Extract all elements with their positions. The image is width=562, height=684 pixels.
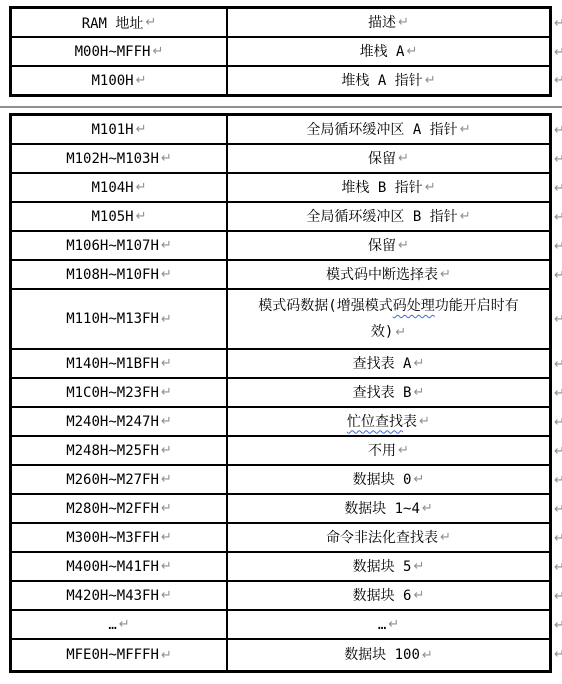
- description-text: 保留: [368, 233, 396, 259]
- table-row: M300H~M3FFH↵命令非法化查找表↵: [12, 524, 549, 553]
- address-text: M105H: [91, 209, 133, 225]
- address-text: M110H~M13FH: [66, 311, 159, 327]
- table-row: RAM 地址↵描述↵: [12, 9, 549, 38]
- paragraph-mark-icon: ↵: [398, 16, 409, 29]
- paragraph-mark-icon: ↵: [161, 649, 172, 662]
- address-cell[interactable]: M260H~M27FH↵: [12, 466, 228, 493]
- description-text: 数据块 0: [353, 467, 412, 493]
- row-end-mark-icon: ↵: [554, 416, 562, 429]
- address-text: M101H: [91, 122, 133, 138]
- paragraph-mark-icon: ↵: [413, 473, 424, 486]
- address-cell[interactable]: M104H↵: [12, 174, 228, 201]
- table-row: …↵…↵: [12, 611, 549, 640]
- row-end-mark-icon: ↵: [554, 269, 562, 282]
- description-cell[interactable]: 模式码数据(增强模式码处理功能开启时有效)↵: [228, 290, 549, 348]
- row-end-mark-icon: ↵: [554, 211, 562, 224]
- paragraph-mark-icon: ↵: [398, 239, 409, 252]
- paragraph-mark-icon: ↵: [161, 589, 172, 602]
- description-cell[interactable]: …↵: [228, 611, 549, 638]
- paragraph-mark-icon: ↵: [136, 74, 147, 87]
- row-end-mark-icon: ↵: [554, 240, 562, 253]
- paragraph-mark-icon: ↵: [161, 357, 172, 370]
- paragraph-mark-icon: ↵: [136, 181, 147, 194]
- address-text: M102H~M103H: [66, 151, 159, 167]
- description-line: 模式码中断选择表↵: [326, 262, 451, 288]
- address-cell[interactable]: M101H↵: [12, 116, 228, 143]
- description-line: 描述↵: [368, 10, 409, 36]
- address-cell[interactable]: M400H~M41FH↵: [12, 553, 228, 580]
- address-text: M420H~M43FH: [66, 588, 159, 604]
- address-text: MFE0H~MFFFH: [66, 647, 159, 663]
- row-end-mark-icon: ↵: [554, 313, 562, 326]
- description-cell[interactable]: 模式码中断选择表↵: [228, 261, 549, 288]
- table-row: M420H~M43FH↵数据块 6↵: [12, 582, 549, 611]
- table-row: M105H↵全局循环缓冲区 B 指针↵: [12, 203, 549, 232]
- description-cell[interactable]: 堆栈 A 指针↵: [228, 67, 549, 94]
- description-text-spellcheck: 忙位查找: [347, 409, 403, 435]
- address-text: M240H~M247H: [66, 414, 159, 430]
- description-line: 命令非法化查找表↵: [326, 525, 451, 551]
- description-text: 数据块 1~4: [344, 496, 420, 522]
- address-cell[interactable]: M248H~M25FH↵: [12, 437, 228, 464]
- address-cell[interactable]: M108H~M10FH↵: [12, 261, 228, 288]
- paragraph-mark-icon: ↵: [119, 618, 130, 631]
- description-text: 全局循环缓冲区 A 指针: [306, 117, 457, 143]
- paragraph-mark-icon: ↵: [161, 502, 172, 515]
- description-line: 数据块 1~4↵: [344, 496, 433, 522]
- paragraph-mark-icon: ↵: [161, 444, 172, 457]
- row-end-mark-icon: ↵: [554, 532, 562, 545]
- row-end-mark-icon: ↵: [554, 74, 562, 87]
- table-row: M240H~M247H↵忙位查找表↵: [12, 408, 549, 437]
- address-text: M248H~M25FH: [66, 443, 159, 459]
- address-text: M00H~MFFH: [75, 44, 151, 60]
- paragraph-mark-icon: ↵: [440, 531, 451, 544]
- paragraph-mark-icon: ↵: [398, 444, 409, 457]
- description-line: 模式码数据(增强模式码处理功能开启时有: [258, 293, 518, 319]
- paragraph-mark-icon: ↵: [161, 239, 172, 252]
- address-cell[interactable]: M110H~M13FH↵: [12, 290, 228, 348]
- ram-map-table-page2: M101H↵全局循环缓冲区 A 指针↵M102H~M103H↵保留↵M104H↵…: [9, 113, 552, 673]
- address-cell[interactable]: …↵: [12, 611, 228, 638]
- description-text: 功能开启时有: [435, 293, 519, 319]
- paragraph-mark-icon: ↵: [161, 386, 172, 399]
- address-cell[interactable]: M106H~M107H↵: [12, 232, 228, 259]
- description-text-spellcheck: 码处理: [393, 293, 435, 319]
- row-end-mark-icon: ↵: [554, 590, 562, 603]
- description-text: 堆栈 A: [360, 39, 405, 65]
- table-row: M104H↵堆栈 B 指针↵: [12, 174, 549, 203]
- table-row: M140H~M1BFH↵查找表 A↵: [12, 350, 549, 379]
- paragraph-mark-icon: ↵: [161, 531, 172, 544]
- address-cell[interactable]: M240H~M247H↵: [12, 408, 228, 435]
- table-row: M108H~M10FH↵模式码中断选择表↵: [12, 261, 549, 290]
- paragraph-mark-icon: ↵: [136, 210, 147, 223]
- description-cell[interactable]: 不用↵: [228, 437, 549, 464]
- description-text: 数据块 5: [353, 554, 412, 580]
- description-line: 数据块 100↵: [344, 642, 433, 668]
- address-cell[interactable]: M00H~MFFH↵: [12, 38, 228, 65]
- paragraph-mark-icon: ↵: [161, 560, 172, 573]
- paragraph-mark-icon: ↵: [388, 618, 399, 631]
- address-cell[interactable]: M102H~M103H↵: [12, 145, 228, 172]
- table-row: MFE0H~MFFFH↵数据块 100↵: [12, 640, 549, 670]
- paragraph-mark-icon: ↵: [161, 268, 172, 281]
- description-text: 保留: [368, 146, 396, 172]
- row-end-mark-icon: ↵: [554, 445, 562, 458]
- address-cell[interactable]: M140H~M1BFH↵: [12, 350, 228, 377]
- description-text: 表: [403, 409, 417, 435]
- table-row: M106H~M107H↵保留↵: [12, 232, 549, 261]
- description-cell[interactable]: 堆栈 B 指针↵: [228, 174, 549, 201]
- address-text: M400H~M41FH: [66, 559, 159, 575]
- description-text: 全局循环缓冲区 B 指针: [306, 204, 457, 230]
- address-cell[interactable]: M300H~M3FFH↵: [12, 524, 228, 551]
- description-line: 全局循环缓冲区 A 指针↵: [306, 117, 470, 143]
- address-cell[interactable]: MFE0H~MFFFH↵: [12, 640, 228, 670]
- description-cell[interactable]: 命令非法化查找表↵: [228, 524, 549, 551]
- description-line: 查找表 A↵: [353, 351, 425, 377]
- paragraph-mark-icon: ↵: [422, 502, 433, 515]
- row-end-mark-icon: ↵: [554, 358, 562, 371]
- description-text: 描述: [368, 10, 396, 36]
- address-text: RAM 地址: [82, 13, 144, 33]
- description-cell[interactable]: 数据块 1~4↵: [228, 495, 549, 522]
- paragraph-mark-icon: ↵: [152, 45, 163, 58]
- table-row: M260H~M27FH↵数据块 0↵: [12, 466, 549, 495]
- description-text: 模式码中断选择表: [326, 262, 438, 288]
- address-cell[interactable]: RAM 地址↵: [12, 9, 228, 36]
- paragraph-mark-icon: ↵: [161, 415, 172, 428]
- description-text: 数据块 100: [344, 642, 420, 668]
- address-text: M104H: [91, 180, 133, 196]
- description-line: 保留↵: [368, 146, 409, 172]
- description-cell[interactable]: 查找表 A↵: [228, 350, 549, 377]
- description-text: 不用: [368, 438, 396, 464]
- description-text: …: [378, 612, 386, 638]
- address-text: M106H~M107H: [66, 238, 159, 254]
- row-end-mark-icon: ↵: [554, 153, 562, 166]
- paragraph-mark-icon: ↵: [161, 313, 172, 326]
- description-cell[interactable]: 全局循环缓冲区 A 指针↵: [228, 116, 549, 143]
- description-cell[interactable]: 忙位查找表↵: [228, 408, 549, 435]
- paragraph-mark-icon: ↵: [413, 357, 424, 370]
- paragraph-mark-icon: ↵: [161, 473, 172, 486]
- description-cell[interactable]: 保留↵: [228, 145, 549, 172]
- description-cell[interactable]: 全局循环缓冲区 B 指针↵: [228, 203, 549, 230]
- address-text: M260H~M27FH: [66, 472, 159, 488]
- description-line: 堆栈 A↵: [360, 39, 418, 65]
- description-line: 全局循环缓冲区 B 指针↵: [306, 204, 470, 230]
- document-page: RAM 地址↵描述↵M00H~MFFH↵堆栈 A↵M100H↵堆栈 A 指针↵ …: [0, 0, 562, 684]
- address-text: M108H~M10FH: [66, 267, 159, 283]
- paragraph-mark-icon: ↵: [413, 589, 424, 602]
- description-line: 数据块 0↵: [353, 467, 425, 493]
- table-row: M101H↵全局循环缓冲区 A 指针↵: [12, 116, 549, 145]
- description-cell[interactable]: 数据块 100↵: [228, 640, 549, 670]
- description-line: 保留↵: [368, 233, 409, 259]
- table-row: M00H~MFFH↵堆栈 A↵: [12, 38, 549, 67]
- paragraph-mark-icon: ↵: [419, 415, 430, 428]
- paragraph-mark-icon: ↵: [413, 560, 424, 573]
- row-end-mark-icon: ↵: [554, 561, 562, 574]
- table-row: M400H~M41FH↵数据块 5↵: [12, 553, 549, 582]
- description-line: 不用↵: [368, 438, 409, 464]
- row-end-mark-icon: ↵: [554, 17, 562, 30]
- address-text: …: [108, 617, 116, 633]
- description-text: 数据块 6: [353, 583, 412, 609]
- address-cell[interactable]: M1C0H~M23FH↵: [12, 379, 228, 406]
- row-end-mark-icon: ↵: [554, 387, 562, 400]
- description-cell[interactable]: 查找表 B↵: [228, 379, 549, 406]
- table-row: M1C0H~M23FH↵查找表 B↵: [12, 379, 549, 408]
- paragraph-mark-icon: ↵: [161, 152, 172, 165]
- description-line: …↵: [378, 612, 399, 638]
- description-line: 查找表 B↵: [353, 380, 425, 406]
- page-boundary-line: [0, 106, 562, 108]
- description-cell[interactable]: 数据块 6↵: [228, 582, 549, 609]
- paragraph-mark-icon: ↵: [425, 74, 436, 87]
- description-text: 模式码数据(增强模式: [258, 293, 392, 319]
- description-line: 堆栈 B 指针↵: [341, 175, 435, 201]
- table-row: M280H~M2FFH↵数据块 1~4↵: [12, 495, 549, 524]
- paragraph-mark-icon: ↵: [406, 45, 417, 58]
- paragraph-mark-icon: ↵: [395, 326, 406, 339]
- description-text: 命令非法化查找表: [326, 525, 438, 551]
- table-row: M248H~M25FH↵不用↵: [12, 437, 549, 466]
- description-cell[interactable]: 数据块 0↵: [228, 466, 549, 493]
- paragraph-mark-icon: ↵: [460, 210, 471, 223]
- address-cell[interactable]: M100H↵: [12, 67, 228, 94]
- paragraph-mark-icon: ↵: [425, 181, 436, 194]
- description-line: 数据块 6↵: [353, 583, 425, 609]
- description-text: 查找表 A: [353, 351, 412, 377]
- description-text: 效): [371, 319, 393, 345]
- row-end-mark-icon: ↵: [554, 46, 562, 59]
- description-text: 堆栈 B 指针: [341, 175, 422, 201]
- row-end-mark-icon: ↵: [554, 648, 562, 661]
- paragraph-mark-icon: ↵: [145, 16, 156, 29]
- table-row: M102H~M103H↵保留↵: [12, 145, 549, 174]
- description-cell[interactable]: 数据块 5↵: [228, 553, 549, 580]
- row-end-mark-icon: ↵: [554, 124, 562, 137]
- description-cell[interactable]: 堆栈 A↵: [228, 38, 549, 65]
- description-text: 堆栈 A 指针: [341, 68, 422, 94]
- address-text: M100H: [91, 73, 133, 89]
- description-cell[interactable]: 描述↵: [228, 9, 549, 36]
- description-line: 堆栈 A 指针↵: [341, 68, 435, 94]
- description-line: 效)↵: [371, 319, 406, 345]
- paragraph-mark-icon: ↵: [136, 123, 147, 136]
- address-text: M280H~M2FFH: [66, 501, 159, 517]
- paragraph-mark-icon: ↵: [413, 386, 424, 399]
- paragraph-mark-icon: ↵: [460, 123, 471, 136]
- description-text: 查找表 B: [353, 380, 412, 406]
- ram-map-table-page1: RAM 地址↵描述↵M00H~MFFH↵堆栈 A↵M100H↵堆栈 A 指针↵: [9, 6, 552, 97]
- row-end-mark-icon: ↵: [554, 619, 562, 632]
- row-end-mark-icon: ↵: [554, 182, 562, 195]
- address-cell[interactable]: M105H↵: [12, 203, 228, 230]
- description-cell[interactable]: 保留↵: [228, 232, 549, 259]
- description-line: 忙位查找表↵: [347, 409, 430, 435]
- paragraph-mark-icon: ↵: [398, 152, 409, 165]
- row-end-mark-icon: ↵: [554, 474, 562, 487]
- paragraph-mark-icon: ↵: [440, 268, 451, 281]
- address-cell[interactable]: M420H~M43FH↵: [12, 582, 228, 609]
- address-text: M140H~M1BFH: [66, 356, 159, 372]
- address-text: M1C0H~M23FH: [66, 385, 159, 401]
- row-end-mark-icon: ↵: [554, 503, 562, 516]
- description-line: 数据块 5↵: [353, 554, 425, 580]
- table-row: M100H↵堆栈 A 指针↵: [12, 67, 549, 94]
- address-text: M300H~M3FFH: [66, 530, 159, 546]
- address-cell[interactable]: M280H~M2FFH↵: [12, 495, 228, 522]
- paragraph-mark-icon: ↵: [422, 649, 433, 662]
- table-row: M110H~M13FH↵模式码数据(增强模式码处理功能开启时有效)↵: [12, 290, 549, 350]
